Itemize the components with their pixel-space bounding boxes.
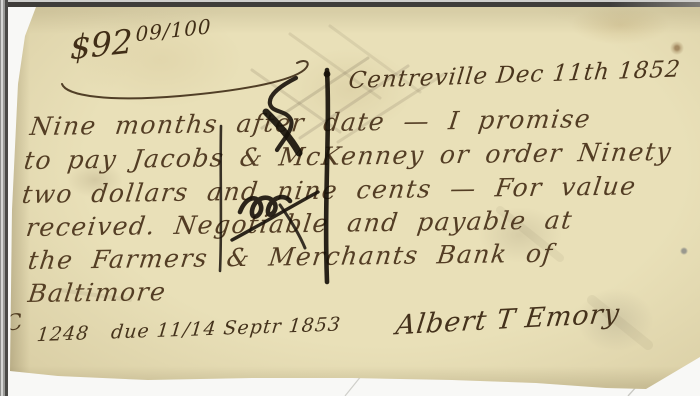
body-line-3: two dollars and nine cents — For value — [20, 171, 638, 209]
amount-dollars: $92 — [70, 21, 133, 67]
body-line-4: received. Negotiable and payable at — [24, 205, 574, 242]
scanned-document: $9209/100 Centreville Dec 11th 1852 Nine… — [0, 0, 700, 396]
scanner-edge-left — [0, 0, 8, 396]
amount-fraction: 09/100 — [136, 14, 212, 46]
signature: Albert T Emory — [394, 298, 622, 341]
body-line-1: Nine months after date — I promise — [28, 104, 593, 141]
body-line-5: the Farmers & Merchants Bank of — [26, 239, 555, 275]
docket-line: 1248due 11/14 Septr 1853 — [36, 313, 343, 346]
dateline: Centreville Dec 11th 1852 — [347, 56, 682, 94]
docket-number: 1248 — [36, 322, 91, 346]
due-note: due 11/14 Septr 1853 — [110, 313, 342, 343]
body-line-6: Baltimore — [26, 277, 168, 308]
amount-line: $9209/100 — [70, 13, 212, 67]
promissory-note-paper: $9209/100 Centreville Dec 11th 1852 Nine… — [0, 0, 700, 396]
body-line-2: to pay Jacobs & McKenney or order Ninety — [22, 137, 674, 175]
scanner-edge-highlight — [610, 2, 700, 7]
scanner-edge-top — [0, 0, 700, 7]
